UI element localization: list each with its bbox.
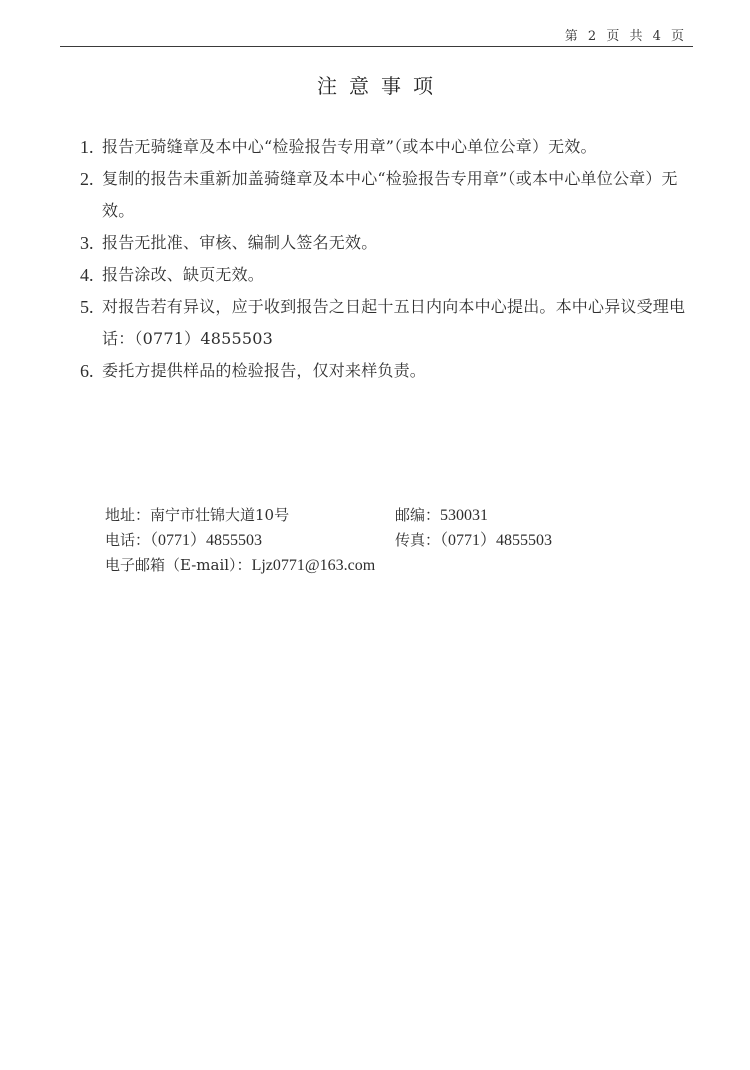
phone-value: （0771）4855503	[150, 532, 262, 549]
email-value: Ljz0771@163.com	[252, 553, 376, 578]
postcode-label: 邮编：	[395, 506, 440, 524]
note-number: 6.	[80, 355, 102, 387]
page-indicator: 第 2 页 共 4 页	[565, 25, 687, 44]
page-header: 第 2 页 共 4 页	[60, 22, 693, 47]
note-text: 报告无批准、审核、编制人签名无效。	[102, 227, 700, 259]
note-text: 报告涂改、缺页无效。	[102, 259, 700, 291]
note-item-1: 1. 报告无骑缝章及本中心“检验报告专用章”（或本中心单位公章）无效。	[80, 131, 700, 163]
note-number: 3.	[80, 227, 102, 259]
note-item-5: 5. 对报告若有异议，应于收到报告之日起十五日内向本中心提出。本中心异议受理电话…	[80, 291, 700, 355]
notes-list: 1. 报告无骑缝章及本中心“检验报告专用章”（或本中心单位公章）无效。 2. 复…	[80, 131, 700, 387]
contact-info: 地址：南宁市壮锦大道10号 邮编：530031 电话：（0771）4855503…	[105, 503, 665, 578]
note-text: 对报告若有异议，应于收到报告之日起十五日内向本中心提出。本中心异议受理电话：（0…	[102, 291, 700, 355]
postcode-value: 530031	[440, 507, 488, 524]
fax-value: （0771）4855503	[440, 532, 552, 549]
fax: 传真：（0771）4855503	[395, 528, 665, 553]
contact-row-email: 电子邮箱（E-mail）：Ljz0771@163.com	[105, 553, 665, 578]
note-number: 5.	[80, 291, 102, 355]
postcode: 邮编：530031	[395, 503, 665, 528]
email-label: 电子邮箱（E-mail）：	[105, 553, 252, 578]
note-number: 1.	[80, 131, 102, 163]
address: 地址：南宁市壮锦大道10号	[105, 503, 395, 528]
contact-row-phone: 电话：（0771）4855503 传真：（0771）4855503	[105, 528, 665, 553]
note-text: 复制的报告未重新加盖骑缝章及本中心“检验报告专用章”（或本中心单位公章）无效。	[102, 163, 700, 227]
note-item-3: 3. 报告无批准、审核、编制人签名无效。	[80, 227, 700, 259]
page-title: 注意事项	[0, 70, 750, 99]
phone: 电话：（0771）4855503	[105, 528, 395, 553]
note-item-2: 2. 复制的报告未重新加盖骑缝章及本中心“检验报告专用章”（或本中心单位公章）无…	[80, 163, 700, 227]
note-text: 委托方提供样品的检验报告，仅对来样负责。	[102, 355, 700, 387]
address-label: 地址：	[105, 506, 150, 524]
phone-label: 电话：	[105, 531, 150, 549]
note-item-6: 6. 委托方提供样品的检验报告，仅对来样负责。	[80, 355, 700, 387]
note-item-4: 4. 报告涂改、缺页无效。	[80, 259, 700, 291]
address-value: 南宁市壮锦大道10号	[150, 506, 289, 524]
fax-label: 传真：	[395, 531, 440, 549]
note-text: 报告无骑缝章及本中心“检验报告专用章”（或本中心单位公章）无效。	[102, 131, 700, 163]
contact-row-address: 地址：南宁市壮锦大道10号 邮编：530031	[105, 503, 665, 528]
note-number: 2.	[80, 163, 102, 227]
note-number: 4.	[80, 259, 102, 291]
